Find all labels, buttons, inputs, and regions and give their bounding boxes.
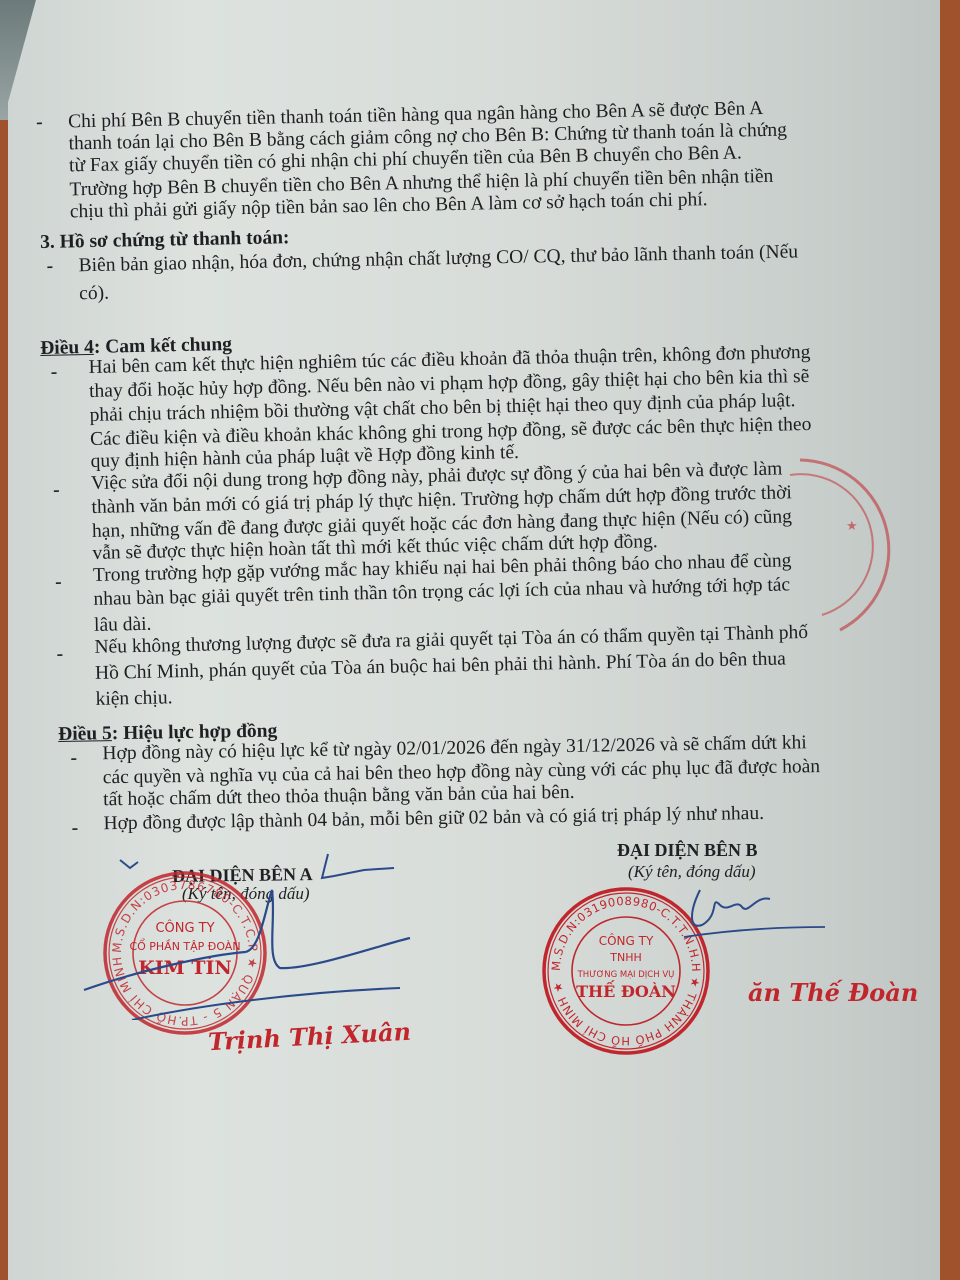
text-line: có).: [79, 283, 109, 306]
party-b-title: ĐẠI DIỆN BÊN B: [617, 840, 758, 861]
handwritten-signature-a: [80, 840, 420, 1020]
stamp-line: THẾ ĐOÀN: [576, 979, 676, 1001]
stamp-line: TNHH: [609, 951, 642, 964]
bullet: -: [70, 748, 77, 770]
stamp-line: CÔNG TY: [599, 933, 654, 948]
bullet: -: [51, 362, 58, 384]
text-line: kiện chịu.: [95, 687, 172, 711]
text-line: lâu dài.: [94, 614, 152, 637]
stamp-fragment: ★: [760, 450, 900, 640]
bullet: -: [46, 256, 53, 278]
stamp-line: THƯƠNG MẠI DỊCH VỤ: [577, 970, 675, 980]
bullet: -: [55, 572, 62, 594]
bullet: -: [53, 480, 60, 502]
party-b-subtitle: (Ký tên, đóng dấu): [628, 862, 755, 882]
svg-text:★: ★: [846, 519, 858, 534]
article-label: Điều 4: [40, 337, 94, 359]
party-b-signer-name: ăn Thế Đoàn: [748, 978, 918, 1007]
bullet: -: [56, 644, 63, 666]
bullet: -: [71, 818, 78, 840]
handwritten-signature-b: [680, 885, 840, 945]
article-label: Điều 5: [58, 723, 112, 745]
bullet: -: [36, 112, 43, 134]
